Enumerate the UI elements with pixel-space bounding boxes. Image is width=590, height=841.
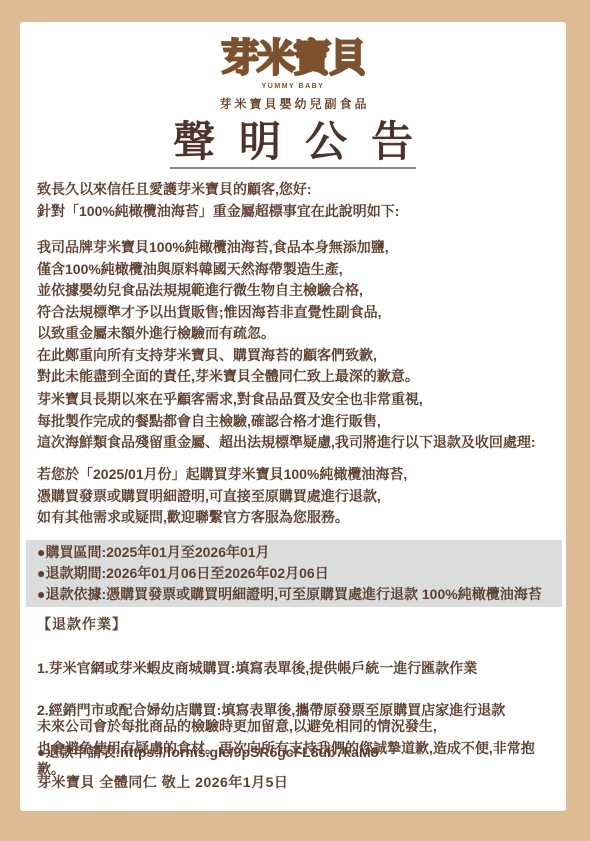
brand-tagline: 芽米寶貝嬰幼兒副食品 — [219, 96, 369, 112]
title-divider — [170, 167, 416, 169]
refund-period-line: ●退款期間:2026年01月06日至2026年02月06日 — [37, 563, 562, 584]
brand-logo-subtext: YUMMY BABY — [20, 83, 566, 90]
quality-commitment-paragraph: 芽米寶貝長期以來在乎顧客需求,對食品品質及安全也非常重視, 每批製作完成的餐點都… — [37, 389, 559, 454]
announcement-paper: 芽米寶貝 YUMMY BABY 芽米寶貝嬰幼兒副食品 聲明公告 致長久以來信任且… — [20, 22, 566, 811]
refund-summary-box: ●購買區間:2025年01月至2026年01月 ●退款期間:2026年01月06… — [26, 540, 562, 607]
closing-paragraph: 未來公司會於每批商品的檢驗時更加留意,以避免相同的情況發生, 也會避免使用有疑慮… — [37, 716, 559, 781]
purchase-period-line: ●購買區間:2025年01月至2026年01月 — [37, 542, 562, 563]
brand-logo: 芽米寶貝 — [20, 39, 566, 79]
greeting-paragraph: 致長久以來信任且愛護芽米寶貝的顧客,您好: 針對「100%純橄欖油海苔」重金屬超… — [37, 179, 559, 222]
refund-basis-line: ●退款依據:憑購買發票或購買明細證明,可至原購買處進行退款 100%純橄欖油海苔 — [37, 584, 562, 605]
refund-process-heading: 【退款作業】 — [37, 614, 127, 635]
refund-notice-paragraph: 若您於「2025/01月份」起購買芽米寶貝100%純橄欖油海苔, 憑購買發票或購… — [37, 464, 559, 529]
apology-paragraph: 我司品牌芽米寶貝100%純橄欖油海苔,食品本身無添加鹽, 僅含100%純橄欖油與… — [37, 237, 559, 388]
page-title: 聲明公告 — [173, 120, 437, 164]
brand-tagline-row: 芽米寶貝嬰幼兒副食品 — [20, 96, 566, 112]
signature-line: 芽米寶貝 全體同仁 敬上 2026年1月5日 — [37, 772, 288, 793]
page-title-row: 聲明公告 — [20, 120, 566, 164]
refund-step-official-store: 1.芽米官網或芽米蝦皮商城購買:填寫表單後,提供帳戶統一進行匯款作業 — [37, 658, 559, 679]
